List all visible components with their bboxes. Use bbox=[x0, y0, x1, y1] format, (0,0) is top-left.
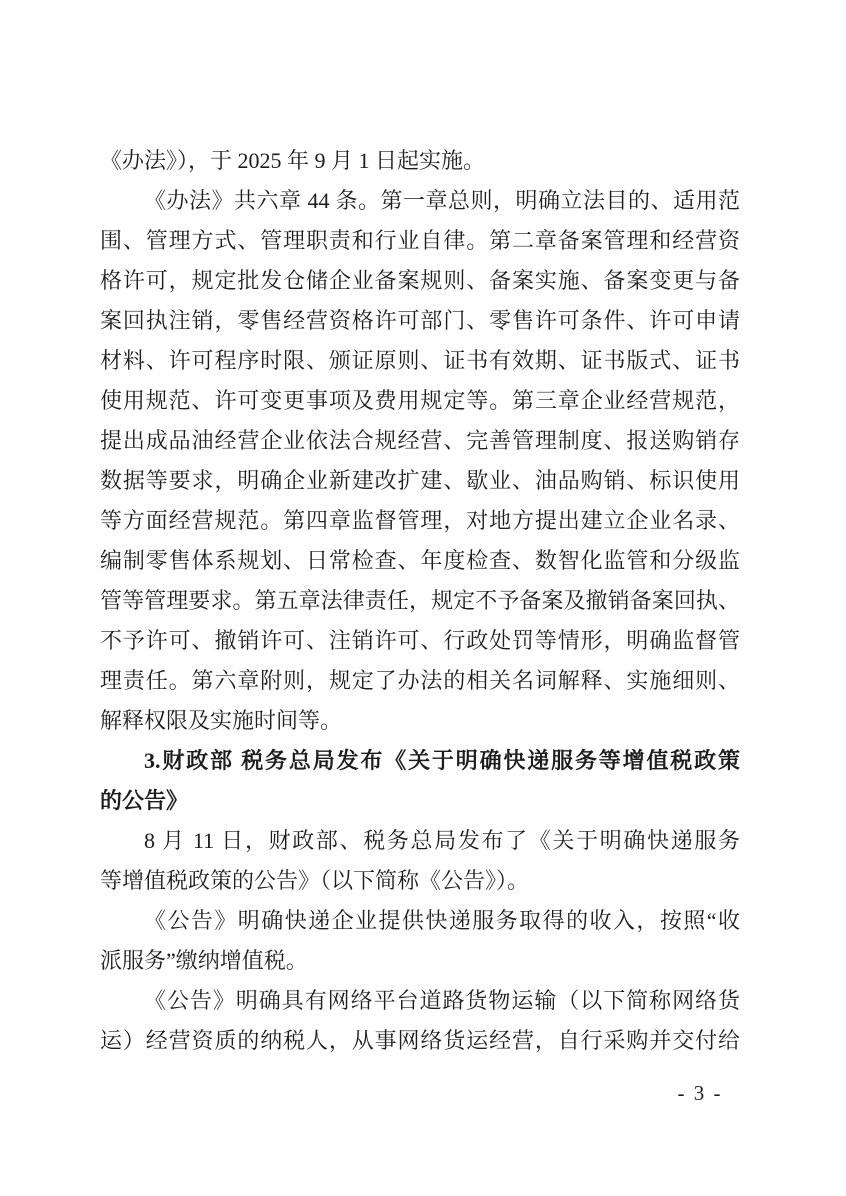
document-page: 《办法》），于 2025 年 9 月 1 日起实施。《办法》共六章 44 条。第… bbox=[0, 0, 846, 1196]
text-line: 3.财政部 税务总局发布《关于明确快递服务等增值税政策 bbox=[100, 741, 740, 781]
text-line: 《公告》明确具有网络平台道路货物运输（以下简称网络货 bbox=[100, 981, 740, 1021]
text-line: 《办法》），于 2025 年 9 月 1 日起实施。 bbox=[100, 141, 740, 181]
text-line: 运）经营资质的纳税人，从事网络货运经营，自行采购并交付给 bbox=[100, 1021, 740, 1061]
text-line: 《公告》明确快递企业提供快递服务取得的收入，按照“收 bbox=[100, 901, 740, 941]
text-line: 派服务”缴纳增值税。 bbox=[100, 941, 740, 981]
text-line: 提出成品油经营企业依法合规经营、完善管理制度、报送购销存 bbox=[100, 421, 740, 461]
text-line: 格许可，规定批发仓储企业备案规则、备案实施、备案变更与备 bbox=[100, 261, 740, 301]
text-line: 案回执注销，零售经营资格许可部门、零售许可条件、许可申请 bbox=[100, 301, 740, 341]
text-line: 《办法》共六章 44 条。第一章总则，明确立法目的、适用范 bbox=[100, 181, 740, 221]
text-line: 8 月 11 日，财政部、税务总局发布了《关于明确快递服务 bbox=[100, 821, 740, 861]
text-line: 理责任。第六章附则，规定了办法的相关名词解释、实施细则、 bbox=[100, 661, 740, 701]
text-block: 《办法》），于 2025 年 9 月 1 日起实施。《办法》共六章 44 条。第… bbox=[100, 141, 740, 1061]
text-line: 不予许可、撤销许可、注销许可、行政处罚等情形，明确监督管 bbox=[100, 621, 740, 661]
text-line: 等方面经营规范。第四章监督管理，对地方提出建立企业名录、 bbox=[100, 501, 740, 541]
text-line: 的公告》 bbox=[100, 781, 740, 821]
page-number: - 3 - bbox=[668, 1078, 732, 1108]
text-line: 解释权限及实施时间等。 bbox=[100, 701, 740, 741]
text-line: 围、管理方式、管理职责和行业自律。第二章备案管理和经营资 bbox=[100, 221, 740, 261]
text-line: 管等管理要求。第五章法律责任，规定不予备案及撤销备案回执、 bbox=[100, 581, 740, 621]
text-line: 数据等要求，明确企业新建改扩建、歇业、油品购销、标识使用 bbox=[100, 461, 740, 501]
text-line: 材料、许可程序时限、颁证原则、证书有效期、证书版式、证书 bbox=[100, 341, 740, 381]
text-line: 使用规范、许可变更事项及费用规定等。第三章企业经营规范， bbox=[100, 381, 740, 421]
text-line: 编制零售体系规划、日常检查、年度检查、数智化监管和分级监 bbox=[100, 541, 740, 581]
text-line: 等增值税政策的公告》（以下简称《公告》）。 bbox=[100, 861, 740, 901]
